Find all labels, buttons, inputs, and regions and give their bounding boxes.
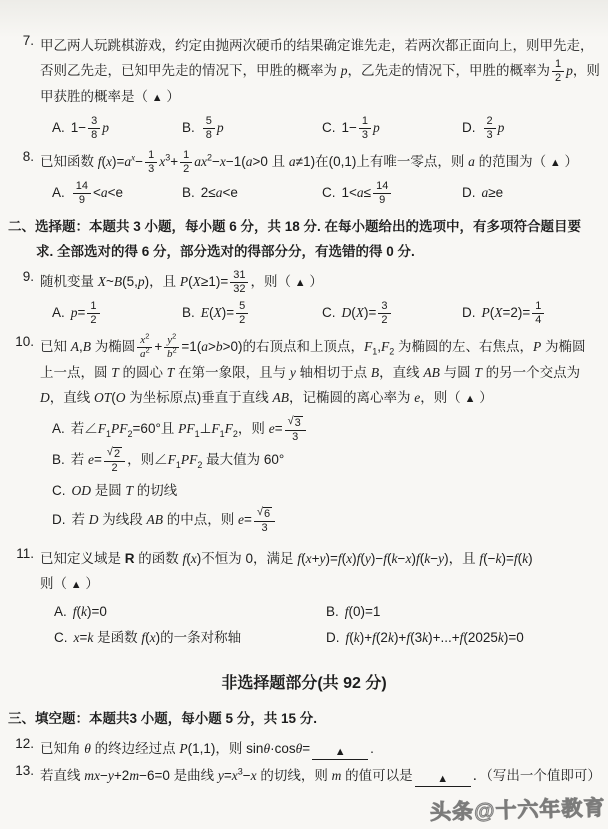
question-13: 13.若直线 mx−y+2m−6=0 是曲线 y=x3−x 的切线，则 m 的值… [8, 763, 600, 788]
fraction-denominator: 8 [206, 129, 212, 141]
math-var: p [341, 63, 348, 78]
fraction: 3132 [230, 270, 248, 295]
question-7-options: A.1−38pB.58pC.1−13pD.23p [40, 116, 600, 141]
option-label: C. [54, 630, 68, 645]
fraction: 32 [378, 301, 390, 326]
math-var: a [216, 185, 223, 200]
option-label: A. [52, 120, 65, 135]
fraction-denominator: 3 [362, 129, 368, 141]
option-label: D. [326, 630, 340, 645]
fraction-denominator: a2 [140, 348, 150, 360]
fraction-denominator: 32 [233, 283, 245, 295]
math-var: X [494, 305, 502, 320]
math-var: f [460, 630, 464, 645]
math-var: x [74, 630, 80, 645]
answer-placeholder-triangle: ▲ [71, 579, 82, 591]
question-9-option-C: C.D(X)=32 [322, 301, 462, 326]
question-12: 12.已知角 θ 的终边经过点 P(1,1)，则 sinθ·cosθ=▲. [8, 736, 600, 761]
question-11-option-A: A.f(k)=0 [54, 600, 326, 624]
math-var: X [193, 274, 201, 289]
math-var: f [383, 551, 387, 566]
option-label: C. [322, 305, 336, 320]
math-var: m [332, 768, 342, 783]
fraction-numerator: √6 [254, 507, 275, 522]
math-var: F [225, 421, 233, 436]
math-var: f [297, 551, 301, 566]
option-label: B. [52, 452, 65, 467]
question-13-line-1: 若直线 mx−y+2m−6=0 是曲线 y=x3−x 的切线，则 m 的值可以是… [40, 763, 600, 788]
subscript: 2 [389, 347, 394, 357]
watermark: 头条@十六年教育 [429, 792, 605, 827]
superscript: x [131, 152, 135, 162]
math-var: p [71, 305, 78, 320]
fraction: x2a2 [137, 335, 152, 360]
superscript: 3 [165, 152, 170, 162]
option-label: B. [182, 120, 195, 135]
math-var: a [289, 154, 296, 169]
fraction-numerator: 3 [88, 116, 100, 129]
math-var: f [345, 604, 349, 619]
option-label: A. [52, 421, 65, 436]
question-10-option-C: C.OD 是圆 T 的切线 [40, 478, 600, 503]
math-var: y [218, 768, 224, 783]
answer-placeholder-triangle: ▲ [152, 92, 163, 104]
math-var: OT [94, 390, 111, 405]
section-3-header-line-1: 三、填空题：本题共3 小题，每小题 5 分，共 15 分. [8, 706, 600, 731]
question-10-body: 已知 A,B 为椭圆x2a2+y2b2=1(a>b>0)的右顶点和上顶点，F1,… [40, 334, 600, 538]
option-label: A. [52, 185, 65, 200]
math-var: y [438, 551, 444, 566]
fraction-numerator: 2 [484, 116, 496, 129]
math-var: OD [72, 483, 92, 498]
question-7-line-1: 甲乙两人玩跳棋游戏，约定由抛两次硬币的结果确定谁先走，若两次都正面向上，则甲先走… [40, 33, 600, 58]
fraction-denominator: 8 [91, 129, 97, 141]
option-label: B. [182, 185, 195, 200]
fraction: √33 [285, 416, 306, 443]
math-var: y [319, 551, 325, 566]
math-var: T [126, 483, 134, 498]
math-var: AB [273, 390, 290, 405]
answer-blank: ▲ [312, 746, 368, 760]
math-var: PF [181, 452, 198, 467]
question-8-option-C: C.1<a≤149 [322, 181, 462, 206]
fraction: 52 [236, 301, 248, 326]
math-var: PF [178, 421, 195, 436]
math-var: D [89, 512, 99, 527]
superscript: 2 [172, 345, 176, 354]
math-var: F [364, 339, 372, 354]
radicand: 6 [263, 507, 272, 520]
math-var: p [138, 274, 145, 289]
math-var: T [474, 365, 482, 380]
math-var: a [101, 185, 108, 200]
math-var: E [201, 305, 209, 320]
math-var: y [365, 551, 371, 566]
option-label: D. [462, 120, 476, 135]
math-var: k [392, 551, 398, 566]
question-10-line-1: 已知 A,B 为椭圆x2a2+y2b2=1(a>b>0)的右顶点和上顶点，F1,… [40, 334, 600, 360]
question-10-number: 10. [8, 334, 40, 538]
math-var: k [354, 630, 360, 645]
math-var: ax [194, 154, 207, 169]
math-var: f [479, 551, 483, 566]
math-bold: R [125, 551, 135, 566]
nonchoice-heading: 非选择题部分(共 92 分) [8, 670, 600, 693]
question-7-option-C: C.1−13p [322, 116, 462, 141]
math-var: e [414, 390, 420, 405]
math-var: k [388, 630, 394, 645]
exam-content: 7.甲乙两人玩跳棋游戏，约定由抛两次硬币的结果确定谁先走，若两次都正面向上，则甲… [0, 0, 608, 788]
fraction-numerator: 1 [532, 301, 544, 314]
math-var: f [141, 630, 145, 645]
fraction-denominator: 2 [183, 163, 189, 175]
section-3-header: 三、填空题：本题共3 小题，每小题 5 分，共 15 分. [8, 706, 600, 731]
question-9: 9.随机变量 X~B(5,p)，且 P(X≥1)=3132，则（ ▲ ）A.p=… [8, 269, 600, 326]
fraction-numerator: 5 [203, 116, 215, 129]
answer-placeholder-triangle: ▲ [465, 393, 476, 405]
math-var: e [88, 452, 94, 467]
math-var: f [372, 630, 376, 645]
fraction-denominator: 2 [90, 314, 96, 326]
math-var: a [468, 154, 475, 169]
superscript: 2 [172, 331, 176, 340]
question-11-line-1: 已知定义域是 R 的函数 f(x)不恒为 0，满足 f(x+y)=f(x)f(y… [40, 546, 600, 571]
question-8-number: 8. [8, 149, 40, 206]
math-var: P [180, 274, 188, 289]
fraction: y2b2 [164, 335, 179, 360]
fraction-denominator: 2 [381, 314, 387, 326]
subscript: 1 [195, 429, 200, 439]
fraction: 23 [484, 116, 496, 141]
sqrt: √6 [257, 507, 272, 520]
math-var: p [102, 120, 109, 135]
question-7-option-B: B.58p [182, 116, 322, 141]
math-var: p [373, 120, 380, 135]
option-label: D. [462, 305, 476, 320]
math-var: B [114, 274, 122, 289]
math-var: mx [84, 768, 100, 783]
math-var: f [357, 551, 361, 566]
math-var: X [98, 274, 106, 289]
option-label: D. [52, 512, 66, 527]
math-var: k [81, 604, 87, 619]
math-var: k [87, 630, 93, 645]
option-label: C. [322, 120, 336, 135]
math-var: f [183, 551, 187, 566]
math-var: p [217, 120, 224, 135]
superscript: 2 [145, 331, 149, 340]
fraction-denominator: 3 [292, 431, 298, 443]
question-11-option-C: C.x=k 是函数 f(x)的一条对称轴 [54, 626, 326, 650]
superscript: 3 [238, 766, 243, 776]
math-var: f [514, 551, 518, 566]
math-var: x [306, 551, 312, 566]
fraction: 58 [203, 116, 215, 141]
math-var: T [167, 365, 175, 380]
section-2-header: 二、选择题：本题共 3 小题，每小题 6 分，共 18 分. 在每小题给出的选项… [8, 214, 600, 264]
math-var: a [201, 339, 208, 354]
option-label: C. [52, 483, 66, 498]
question-8-option-D: D.a≥e [462, 181, 600, 206]
question-7-line-2: 否则乙先走，已知甲先走的情况下，甲胜的概率为 p，乙先走的情况下，甲胜的概率为1… [40, 58, 600, 84]
math-var: y [108, 768, 114, 783]
math-var: f [98, 154, 102, 169]
math-var: a [357, 185, 364, 200]
math-var: f [416, 551, 420, 566]
question-10: 10.已知 A,B 为椭圆x2a2+y2b2=1(a>b>0)的右顶点和上顶点，… [8, 334, 600, 538]
math-var: T [111, 365, 119, 380]
fraction-numerator: 5 [236, 301, 248, 314]
question-9-body: 随机变量 X~B(5,p)，且 P(X≥1)=3132，则（ ▲ ）A.p=12… [40, 269, 600, 326]
math-var: k [496, 551, 502, 566]
fraction-denominator: 2 [111, 462, 117, 474]
math-var: P [533, 339, 541, 354]
fraction: 14 [532, 301, 544, 326]
question-10-option-B: B.若 e=√22，则∠F1PF2 最大值为 60° [40, 447, 600, 474]
fraction-denominator: 9 [379, 194, 385, 206]
math-var: A [71, 339, 79, 354]
subscript: 2 [197, 460, 202, 470]
fraction-numerator: 1 [87, 301, 99, 314]
math-var: P [179, 741, 187, 756]
math-var: P [482, 305, 490, 320]
answer-placeholder-triangle: ▲ [550, 157, 561, 169]
fraction: √22 [104, 447, 125, 474]
option-label: B. [182, 305, 195, 320]
fraction-numerator: 31 [230, 270, 248, 283]
sqrt: √2 [107, 447, 122, 460]
option-label: B. [326, 604, 339, 619]
question-9-number: 9. [8, 269, 40, 326]
question-11-option-D: D.f(k)+f(2k)+f(3k)+...+f(2025k)=0 [326, 626, 600, 650]
math-var: f [338, 551, 342, 566]
math-var: f [346, 630, 350, 645]
question-13-number: 13. [8, 763, 40, 788]
question-11-body: 已知定义域是 R 的函数 f(x)不恒为 0，满足 f(x+y)=f(x)f(y… [40, 546, 600, 650]
fraction-denominator: 4 [535, 314, 541, 326]
math-var: x [405, 551, 411, 566]
math-var: e [269, 421, 275, 436]
fraction: 13 [359, 116, 371, 141]
question-12-line-1: 已知角 θ 的终边经过点 P(1,1)，则 sinθ·cosθ=▲. [40, 736, 600, 761]
fraction: 38 [88, 116, 100, 141]
math-var: k [422, 630, 428, 645]
fraction-numerator: 1 [145, 150, 157, 163]
question-10-line-3: D，直线 OT(O 为坐标原点)垂直于直线 AB，记椭圆的离心率为 e，则（ ▲… [40, 385, 600, 412]
radicand: 2 [113, 447, 122, 460]
question-12-number: 12. [8, 736, 40, 761]
fraction-denominator: b2 [167, 348, 177, 360]
fraction-numerator: √3 [285, 416, 306, 431]
question-7-body: 甲乙两人玩跳棋游戏，约定由抛两次硬币的结果确定谁先走，若两次都正面向上，则甲先走… [40, 33, 600, 141]
math-var: x [106, 154, 112, 169]
fraction-denominator: 3 [261, 522, 267, 534]
math-var: f [73, 604, 77, 619]
math-var: e [238, 512, 244, 527]
question-7-line-3: 甲获胜的概率是（ ▲ ） [40, 84, 600, 111]
math-var: X [356, 305, 364, 320]
fraction-denominator: 2 [239, 314, 245, 326]
option-label: A. [54, 604, 67, 619]
question-9-option-A: A.p=12 [52, 301, 182, 326]
fraction: 12 [180, 150, 192, 175]
question-7-option-A: A.1−38p [52, 116, 182, 141]
fraction: 12 [87, 301, 99, 326]
fraction-denominator: 3 [148, 163, 154, 175]
fraction-numerator: 3 [378, 301, 390, 314]
fraction: 149 [373, 181, 391, 206]
option-label: C. [322, 185, 336, 200]
question-10-option-A: A.若∠F1PF2=60°且 PF1⊥F1F2，则 e=√33 [40, 416, 600, 443]
option-label: A. [52, 305, 65, 320]
radicand: 3 [294, 416, 303, 429]
question-9-options: A.p=12B.E(X)=52C.D(X)=32D.P(X=2)=14 [40, 301, 600, 326]
section-2-header-line-1: 二、选择题：本题共 3 小题，每小题 6 分，共 18 分. 在每小题给出的选项… [8, 214, 600, 239]
answer-blank: ▲ [415, 773, 471, 787]
question-13-body: 若直线 mx−y+2m−6=0 是曲线 y=x3−x 的切线，则 m 的值可以是… [40, 763, 600, 788]
fraction: 13 [145, 150, 157, 175]
math-var: B [371, 365, 379, 380]
fraction: √63 [254, 507, 275, 534]
fraction-numerator: 14 [73, 181, 91, 194]
fraction-numerator: 1 [180, 150, 192, 163]
exam-page: 7.甲乙两人玩跳棋游戏，约定由抛两次硬币的结果确定谁先走，若两次都正面向上，则甲… [0, 0, 608, 829]
subscript: 1 [372, 347, 377, 357]
question-11-number: 11. [8, 546, 40, 650]
math-var: θ [263, 741, 270, 756]
question-9-option-D: D.P(X=2)=14 [462, 301, 600, 326]
question-11-options: A.f(k)=0B.f(0)=1C.x=k 是函数 f(x)的一条对称轴D.f(… [40, 600, 600, 650]
math-var: p [566, 63, 573, 78]
math-var: B [83, 339, 91, 354]
answer-placeholder-triangle: ▲ [295, 277, 306, 289]
fraction-numerator: 1 [359, 116, 371, 129]
subscript: 2 [128, 429, 133, 439]
math-var: x [131, 152, 135, 162]
math-var: D [342, 305, 352, 320]
math-var: F [211, 421, 219, 436]
question-7-option-D: D.23p [462, 116, 600, 141]
question-9-option-B: B.E(X)=52 [182, 301, 322, 326]
question-8-body: 已知函数 f(x)=ax−13x3+12ax2−x−1(a>0 且 a≠1)在(… [40, 149, 600, 206]
math-var: AB [147, 512, 164, 527]
question-11-line-2: 则（ ▲ ） [40, 571, 600, 598]
math-var: x [220, 154, 226, 169]
question-8-option-B: B.2≤a<e [182, 181, 322, 206]
math-var: b [216, 339, 223, 354]
math-var: θ [84, 741, 91, 756]
math-var: k [522, 551, 528, 566]
math-var: k [498, 630, 504, 645]
question-10-line-2: 上一点，圆 T 的圆心 T 在第一象限，且与 y 轴相切于点 B，直线 AB 与… [40, 360, 600, 385]
math-var: F [168, 452, 176, 467]
math-var: θ [296, 741, 303, 756]
fraction: 149 [73, 181, 91, 206]
superscript: 2 [145, 345, 149, 354]
question-8: 8.已知函数 f(x)=ax−13x3+12ax2−x−1(a>0 且 a≠1)… [8, 149, 600, 206]
fraction-numerator: 1 [552, 59, 564, 72]
math-var: AB [423, 365, 440, 380]
question-11: 11.已知定义域是 R 的函数 f(x)不恒为 0，满足 f(x+y)=f(x)… [8, 546, 600, 650]
fraction-denominator: 9 [79, 194, 85, 206]
option-label: D. [462, 185, 476, 200]
math-var: F [98, 421, 106, 436]
question-11-option-B: B.f(0)=1 [326, 600, 600, 624]
question-8-option-A: A.149<a<e [52, 181, 182, 206]
question-8-line-1: 已知函数 f(x)=ax−13x3+12ax2−x−1(a>0 且 a≠1)在(… [40, 149, 600, 176]
fraction-denominator: 2 [555, 72, 561, 84]
math-var: a [482, 185, 489, 200]
question-7-number: 7. [8, 33, 40, 141]
math-var: p [498, 120, 505, 135]
sqrt: √3 [288, 416, 303, 429]
math-var: k [424, 551, 430, 566]
math-var: m [129, 768, 139, 783]
math-var: y [290, 365, 296, 380]
math-var: D [40, 390, 50, 405]
fraction: 12 [552, 59, 564, 84]
math-var: X [214, 305, 222, 320]
fraction-numerator: √2 [104, 447, 125, 462]
question-8-options: A.149<a<eB.2≤a<eC.1<a≤149D.a≥e [40, 181, 600, 206]
fraction-numerator: 14 [373, 181, 391, 194]
question-12-body: 已知角 θ 的终边经过点 P(1,1)，则 sinθ·cosθ=▲. [40, 736, 600, 761]
math-var: x [251, 768, 257, 783]
math-var: f [406, 630, 410, 645]
question-9-line-1: 随机变量 X~B(5,p)，且 P(X≥1)=3132，则（ ▲ ） [40, 269, 600, 296]
math-var: O [116, 390, 126, 405]
section-2-header-line-2: 求. 全部选对的得 6 分，部分选对的得部分分，有选错的得 0 分. [8, 239, 600, 264]
math-var: x [191, 551, 197, 566]
fraction-denominator: 3 [487, 129, 493, 141]
math-var: PF [111, 421, 128, 436]
math-var: x [346, 551, 352, 566]
subscript: 2 [233, 429, 238, 439]
question-10-option-D: D.若 D 为线段 AB 的中点，则 e=√63 [40, 507, 600, 534]
math-var: x [150, 630, 156, 645]
question-7: 7.甲乙两人玩跳棋游戏，约定由抛两次硬币的结果确定谁先走，若两次都正面向上，则甲… [8, 33, 600, 141]
superscript: 2 [207, 152, 212, 162]
math-var: a [246, 154, 253, 169]
